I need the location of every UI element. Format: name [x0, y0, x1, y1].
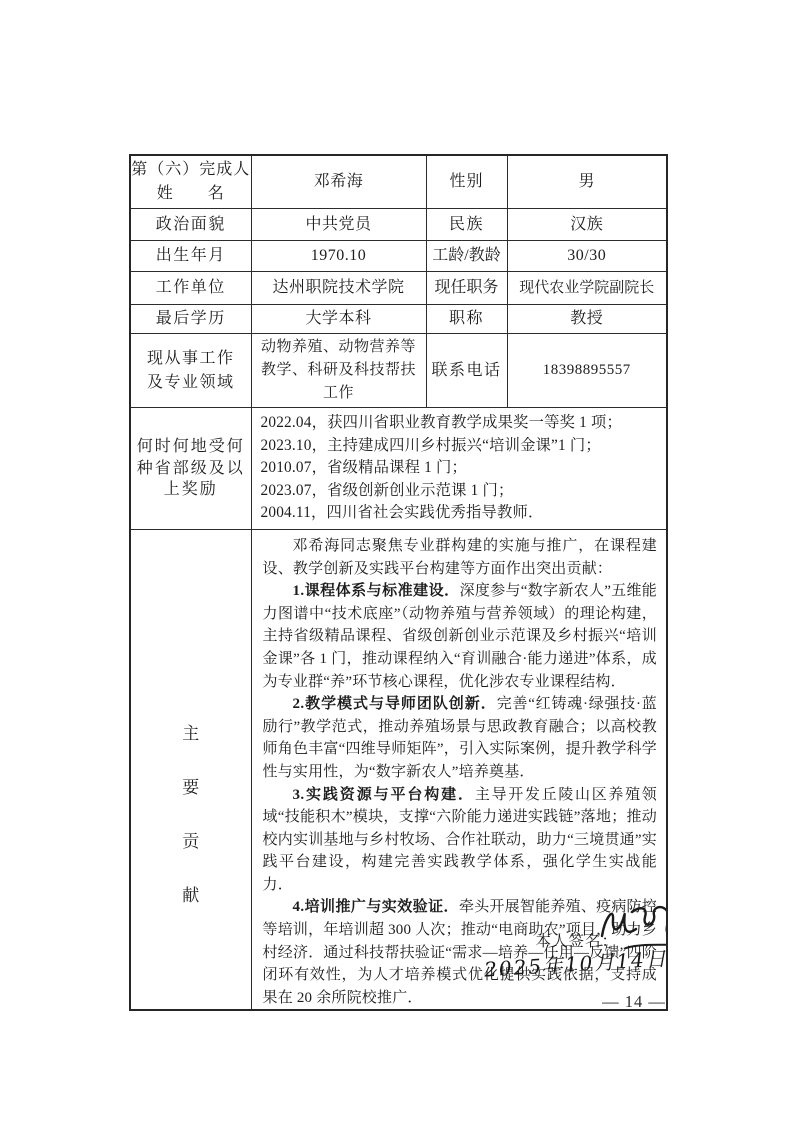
contributions-label: 主 要 贡 献	[130, 529, 251, 1010]
current-position-value: 现代农业学院副院长	[507, 272, 667, 305]
award-item: 2023.10，主持建成四川乡村振兴“培训金课”1 门；	[261, 435, 661, 458]
seniority-value: 30/30	[507, 241, 667, 272]
phone-label: 联系电话	[426, 334, 507, 408]
birth-date-label: 出生年月	[130, 241, 251, 272]
award-item: 2023.07，省级创新创业示范课 1 门；	[261, 480, 661, 503]
table-row: 现从事工作 及专业领域 动物养殖、动物营养等教学、科研及科技帮扶工作 联系电话 …	[130, 334, 667, 408]
contributions-label-char: 献	[182, 885, 199, 908]
work-unit-value: 达州职院技术学院	[251, 272, 426, 305]
political-status-label: 政治面貌	[130, 209, 251, 241]
gender-label: 性别	[426, 155, 507, 209]
work-field-label: 现从事工作 及专业领域	[130, 334, 251, 408]
contribution-heading: 4.培训推广与实效验证．	[293, 899, 459, 915]
contribution-heading: 2.教学模式与导师团队创新．	[293, 696, 497, 712]
gender-value: 男	[507, 155, 667, 209]
award-item: 2010.07，省级精品课程 1 门；	[261, 457, 661, 480]
table-row: 最后学历 大学本科 职称 教授	[130, 305, 667, 334]
political-status-value: 中共党员	[251, 209, 426, 241]
table-row: 工作单位 达州职院技术学院 现任职务 现代农业学院副院长	[130, 272, 667, 305]
scanned-page: 第（六）完成人 姓 名 邓希海 性别 男 政治面貌 中共党员 民族 汉族 出生年…	[0, 0, 793, 1122]
title-value: 教授	[507, 305, 667, 334]
awards-list: 2022.04，获四川省职业教育教学成果奖一等奖 1 项； 2023.10，主持…	[251, 408, 667, 530]
table-row: 第（六）完成人 姓 名 邓希海 性别 男	[130, 155, 667, 209]
work-field-value: 动物养殖、动物营养等教学、科研及科技帮扶工作	[251, 334, 426, 408]
award-item: 2004.11，四川省社会实践优秀指导教师．	[261, 502, 661, 525]
contributions-content: 邓希海同志聚焦专业群构建的实施与推广，在课程建设、教学创新及实践平台构建等方面作…	[251, 529, 667, 1010]
table-row: 出生年月 1970.10 工龄/教龄 30/30	[130, 241, 667, 272]
completion-person-form: 第（六）完成人 姓 名 邓希海 性别 男 政治面貌 中共党员 民族 汉族 出生年…	[129, 154, 668, 1011]
contributions-label-char: 贡	[182, 831, 199, 854]
contribution-heading: 3.实践资源与平台构建．	[293, 787, 475, 803]
ethnicity-value: 汉族	[507, 209, 667, 241]
contributions-intro: 邓希海同志聚焦专业群构建的实施与推广，在课程建设、教学创新及实践平台构建等方面作…	[263, 535, 658, 580]
current-position-label: 现任职务	[426, 272, 507, 305]
award-item: 2022.04，获四川省职业教育教学成果奖一等奖 1 项；	[261, 412, 661, 435]
contribution-heading: 1.课程体系与标准建设．	[293, 583, 460, 599]
contribution-item-1: 1.课程体系与标准建设．深度参与“数字新农人”五维能力图谱中“技术底座”（动物养…	[263, 580, 658, 693]
contributions-label-char: 主	[182, 723, 199, 746]
contribution-item-3: 3.实践资源与平台构建．主导开发丘陵山区养殖领域“技能积木”模块，支撑“六阶能力…	[263, 784, 658, 897]
title-label: 职称	[426, 305, 507, 334]
name-label: 第（六）完成人 姓 名	[130, 155, 251, 209]
page-number: — 14 —	[584, 992, 684, 1012]
education-label: 最后学历	[130, 305, 251, 334]
contributions-row: 主 要 贡 献 邓希海同志聚焦专业群构建的实施与推广，在课程建设、教学创新及实践…	[130, 529, 667, 1010]
awards-row: 何时何地受何 种省部级及以 上奖励 2022.04，获四川省职业教育教学成果奖一…	[130, 408, 667, 530]
table-row: 政治面貌 中共党员 民族 汉族	[130, 209, 667, 241]
ethnicity-label: 民族	[426, 209, 507, 241]
birth-date-value: 1970.10	[251, 241, 426, 272]
phone-value: 18398895557	[507, 334, 667, 408]
awards-label: 何时何地受何 种省部级及以 上奖励	[130, 408, 251, 530]
name-value: 邓希海	[251, 155, 426, 209]
contribution-item-2: 2.教学模式与导师团队创新．完善“红铸魂·绿强技·蓝励行”教学范式，推动养殖场景…	[263, 693, 658, 783]
education-value: 大学本科	[251, 305, 426, 334]
contributions-label-char: 要	[182, 777, 199, 800]
seniority-label: 工龄/教龄	[426, 241, 507, 272]
work-unit-label: 工作单位	[130, 272, 251, 305]
